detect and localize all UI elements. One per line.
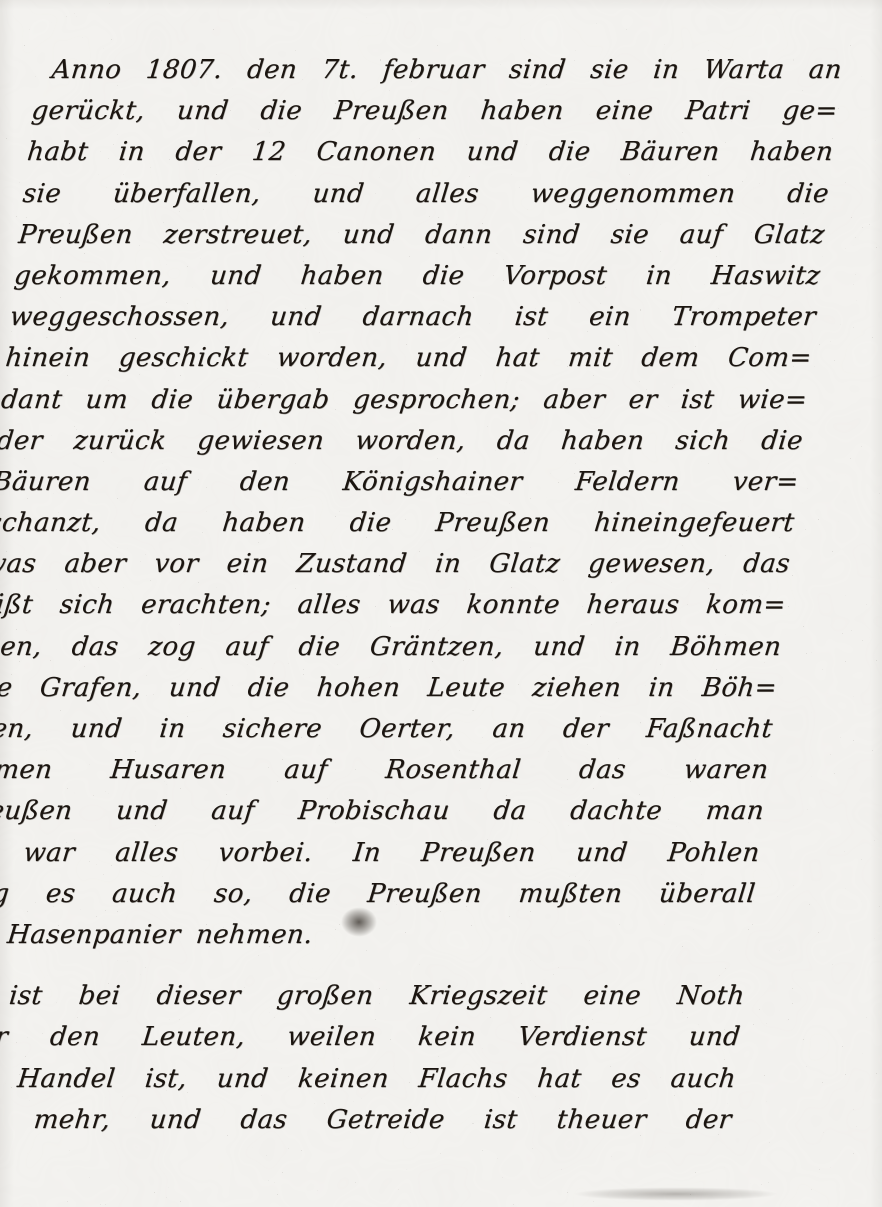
manuscript-line: ging es auch so, die Preußen mußten über… <box>0 874 757 915</box>
manuscript-line: schanzt, da haben die Preußen hineingefe… <box>0 503 796 544</box>
ink-smudge <box>556 1186 796 1202</box>
manuscript-line: gekommen, und haben die Vorpost in Haswi… <box>12 256 822 297</box>
manuscript-line: men, das zog auf die Gräntzen, und in Bö… <box>0 627 783 668</box>
manuscript-line: hinein geschickt worden, und hat mit dem… <box>3 338 813 379</box>
manuscript-line: gerückt, und die Preußen haben eine Patr… <box>29 91 839 132</box>
manuscript-line: Preußen zerstreuet, und dann sind sie au… <box>16 215 826 256</box>
manuscript-line: kein Handel ist, und keinen Flachs hat e… <box>0 1059 738 1100</box>
manuscript-line: die Grafen, und die hohen Leute ziehen i… <box>0 668 779 709</box>
manuscript-line: men, und in sichere Oerter, an der Faßna… <box>0 709 775 750</box>
manuscript-line: Preußen und auf Probischau da dachte man <box>0 791 766 832</box>
manuscript-line: Anno 1807. den 7t. februar sind sie in W… <box>34 50 844 91</box>
manuscript-line: habt in der 12 Canonen und die Bäuren ha… <box>25 132 835 173</box>
manuscript-line: läßt sich erachten; alles was konnte her… <box>0 585 788 626</box>
manuscript-line: unter den Leuten, weilen kein Verdienst … <box>0 1017 742 1058</box>
manuscript-line: So ist bei dieser großen Kriegszeit eine… <box>0 976 747 1017</box>
manuscript-line: Bäuren auf den Königshainer Feldern ver= <box>0 462 801 503</box>
manuscript-line: was aber vor ein Zustand in Glatz gewese… <box>0 544 792 585</box>
manuscript-text: Anno 1807. den 7t. februar sind sie in W… <box>0 50 844 1141</box>
manuscript-line: nicht mehr, und das Getreide ist theuer … <box>0 1100 734 1141</box>
manuscript-line: dant um die übergab gesprochen; aber er … <box>0 380 809 421</box>
manuscript-line: weggeschossen, und darnach ist ein Tromp… <box>8 297 818 338</box>
paragraph-1: Anno 1807. den 7t. februar sind sie in W… <box>0 50 844 956</box>
manuscript-line: das Hasenpanier nehmen. <box>0 915 753 956</box>
manuscript-line: sie überfallen, und alles weggenommen di… <box>21 174 831 215</box>
paragraph-2: So ist bei dieser großen Kriegszeit eine… <box>0 976 747 1141</box>
manuscript-page: Anno 1807. den 7t. februar sind sie in W… <box>0 0 882 1207</box>
manuscript-line: der zurück gewiesen worden, da haben sic… <box>0 421 805 462</box>
manuscript-line: es war alles vorbei. In Preußen und Pohl… <box>0 833 762 874</box>
manuscript-line: kamen Husaren auf Rosenthal das waren <box>0 750 770 791</box>
